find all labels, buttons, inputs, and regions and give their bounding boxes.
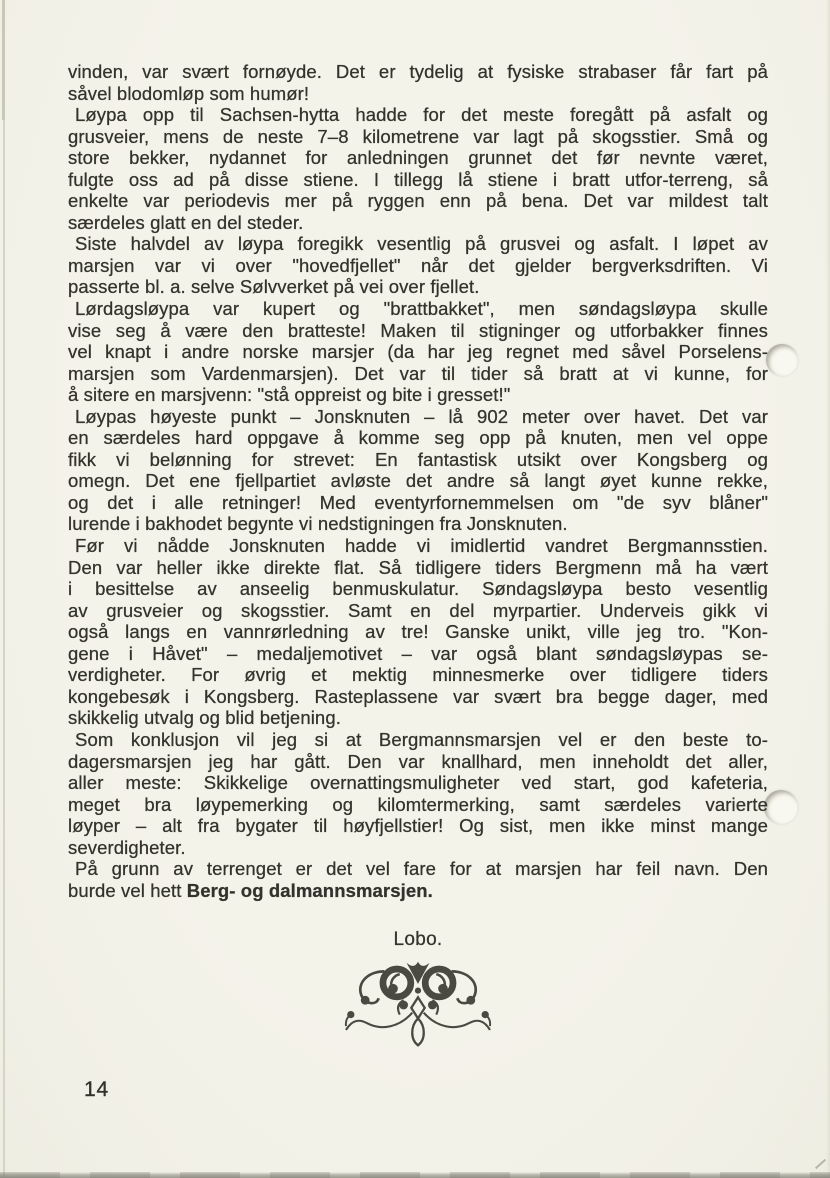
page-left-edge-shadow (2, 0, 5, 120)
page-number: 14 (84, 1078, 109, 1102)
signature: Lobo. (68, 929, 768, 951)
text-line: av grusveier og skogsstier. Samt en del … (68, 600, 768, 622)
text-line: lurende i bakhodet begynte vi nedstignin… (68, 513, 768, 535)
text-line: omegn. Det ene fjellpartiet avløste det … (68, 470, 768, 492)
text-line: løyper – alt fra bygater til høyfjellsti… (68, 815, 768, 837)
article-text: vinden, var svært fornøyde. Det er tydel… (68, 61, 768, 901)
text-line: meget bra løypemerking og kilomtermerkin… (68, 794, 768, 816)
text-line: marsjen var vi over "hovedfjellet" når d… (68, 255, 768, 277)
page-bottom-edge-shadow (0, 1172, 830, 1178)
text-line: å sitere en marsjvenn: "stå oppreist og … (68, 384, 768, 406)
scan-scratch-mark (815, 1159, 826, 1169)
text-line: Løypa opp til Sachsen-hytta hadde for de… (68, 104, 768, 126)
text-line: severdigheter. (68, 837, 768, 859)
text-line: Løypas høyeste punkt – Jonsknuten – lå 9… (68, 406, 768, 428)
paragraph: Før vi nådde Jonsknuten hadde vi imidler… (68, 535, 768, 729)
text-line: og det i alle retninger! Med eventyrforn… (68, 492, 768, 514)
text-line: Som konklusjon vil jeg si at Bergmannsma… (68, 729, 768, 751)
text-line: skikkelig utvalg og blid betjening. (68, 707, 768, 729)
text-line: dagersmarsjen jeg har gått. Den var knal… (68, 751, 768, 773)
text-line: en særdeles hard oppgave å komme seg opp… (68, 427, 768, 449)
text-line: verdigheter. For øvrig et mektig minnesm… (68, 664, 768, 686)
text-line: vel knapt i andre norske marsjer (da har… (68, 341, 768, 363)
text-line: store bekker, nydannet for anledningen g… (68, 147, 768, 169)
hole-punch-top (766, 344, 798, 376)
text-line: Før vi nådde Jonsknuten hadde vi imidler… (68, 535, 768, 557)
text-line: fikk vi belønning for strevet: En fantas… (68, 449, 768, 471)
paragraph: Løypas høyeste punkt – Jonsknuten – lå 9… (68, 406, 768, 535)
text-line: Siste halvdel av løypa foregikk vesentli… (68, 233, 768, 255)
text-line: kongebesøk i Kongsberg. Rasteplassene va… (68, 686, 768, 708)
text-line: Den var heller ikke direkte flat. Så tid… (68, 557, 768, 579)
text-line: i besittelse av anseelig benmuskulatur. … (68, 578, 768, 600)
text-line: enkelte var periodevis mer på ryggen enn… (68, 190, 768, 212)
paragraph: Som konklusjon vil jeg si at Bergmannsma… (68, 729, 768, 858)
paragraph: Lørdagsløypa var kupert og "brattbakket"… (68, 298, 768, 406)
paragraph: vinden, var svært fornøyde. Det er tydel… (68, 61, 768, 104)
text-line: marsjen som Vardenmarsjen). Det var til … (68, 363, 768, 385)
page-left-edge-line (3, 0, 5, 1178)
paragraph: På grunn av terrenget er det vel fare fo… (68, 858, 768, 901)
text-line: såvel blodomløp som humør! (68, 83, 768, 105)
text-line: særdeles glatt en del steder. (68, 212, 768, 234)
flourish-ornament-icon (340, 957, 496, 1053)
text-line: passerte bl. a. selve Sølvverket på vei … (68, 276, 768, 298)
page-right-edge-shade (826, 0, 830, 1178)
text-line: gene i Håvet" – medaljemotivet – var ogs… (68, 643, 768, 665)
text-line: aller meste: Skikkelige overnattingsmuli… (68, 772, 768, 794)
text-line: På grunn av terrenget er det vel fare fo… (68, 858, 768, 880)
paragraph: Løypa opp til Sachsen-hytta hadde for de… (68, 104, 768, 233)
text-line: grusveier, mens de neste 7–8 kilometrene… (68, 126, 768, 148)
text-line: Lørdagsløypa var kupert og "brattbakket"… (68, 298, 768, 320)
text-line: vise seg å være den bratteste! Maken til… (68, 320, 768, 342)
text-line: burde vel hett Berg- og dalmannsmarsjen. (68, 880, 768, 902)
scanned-page: vinden, var svært fornøyde. Det er tydel… (0, 0, 830, 1178)
paragraph: Siste halvdel av løypa foregikk vesentli… (68, 233, 768, 298)
text-line: vinden, var svært fornøyde. Det er tydel… (68, 61, 768, 83)
text-line: også langs en vannrørledning av tre! Gan… (68, 621, 768, 643)
text-line: fulgte oss ad på disse stiene. I tillegg… (68, 169, 768, 191)
hole-punch-bottom (764, 790, 798, 824)
